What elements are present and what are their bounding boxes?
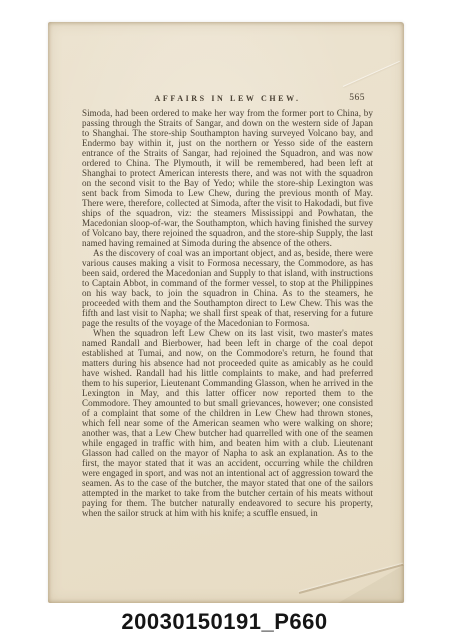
page-number: 565 [349, 93, 365, 103]
book-page-scan: AFFAIRS IN LEW CHEW. 565 Simoda, had bee… [48, 22, 404, 603]
scanned-page-photo: AFFAIRS IN LEW CHEW. 565 Simoda, had bee… [0, 0, 449, 640]
running-title: AFFAIRS IN LEW CHEW. [82, 94, 373, 103]
catalog-id-strip: 20030150191_P660 [0, 603, 449, 640]
page-header: AFFAIRS IN LEW CHEW. 565 [82, 94, 373, 106]
paper-crease [343, 61, 400, 87]
paragraph: As the discovery of coal was an importan… [82, 248, 373, 328]
paragraph-continuation: Simoda, had been ordered to make her way… [82, 108, 373, 248]
paragraph: When the squadron left Lew Chew on its l… [82, 328, 373, 518]
page-body-text: Simoda, had been ordered to make her way… [82, 108, 373, 518]
catalog-id-label: 20030150191_P660 [121, 609, 327, 635]
